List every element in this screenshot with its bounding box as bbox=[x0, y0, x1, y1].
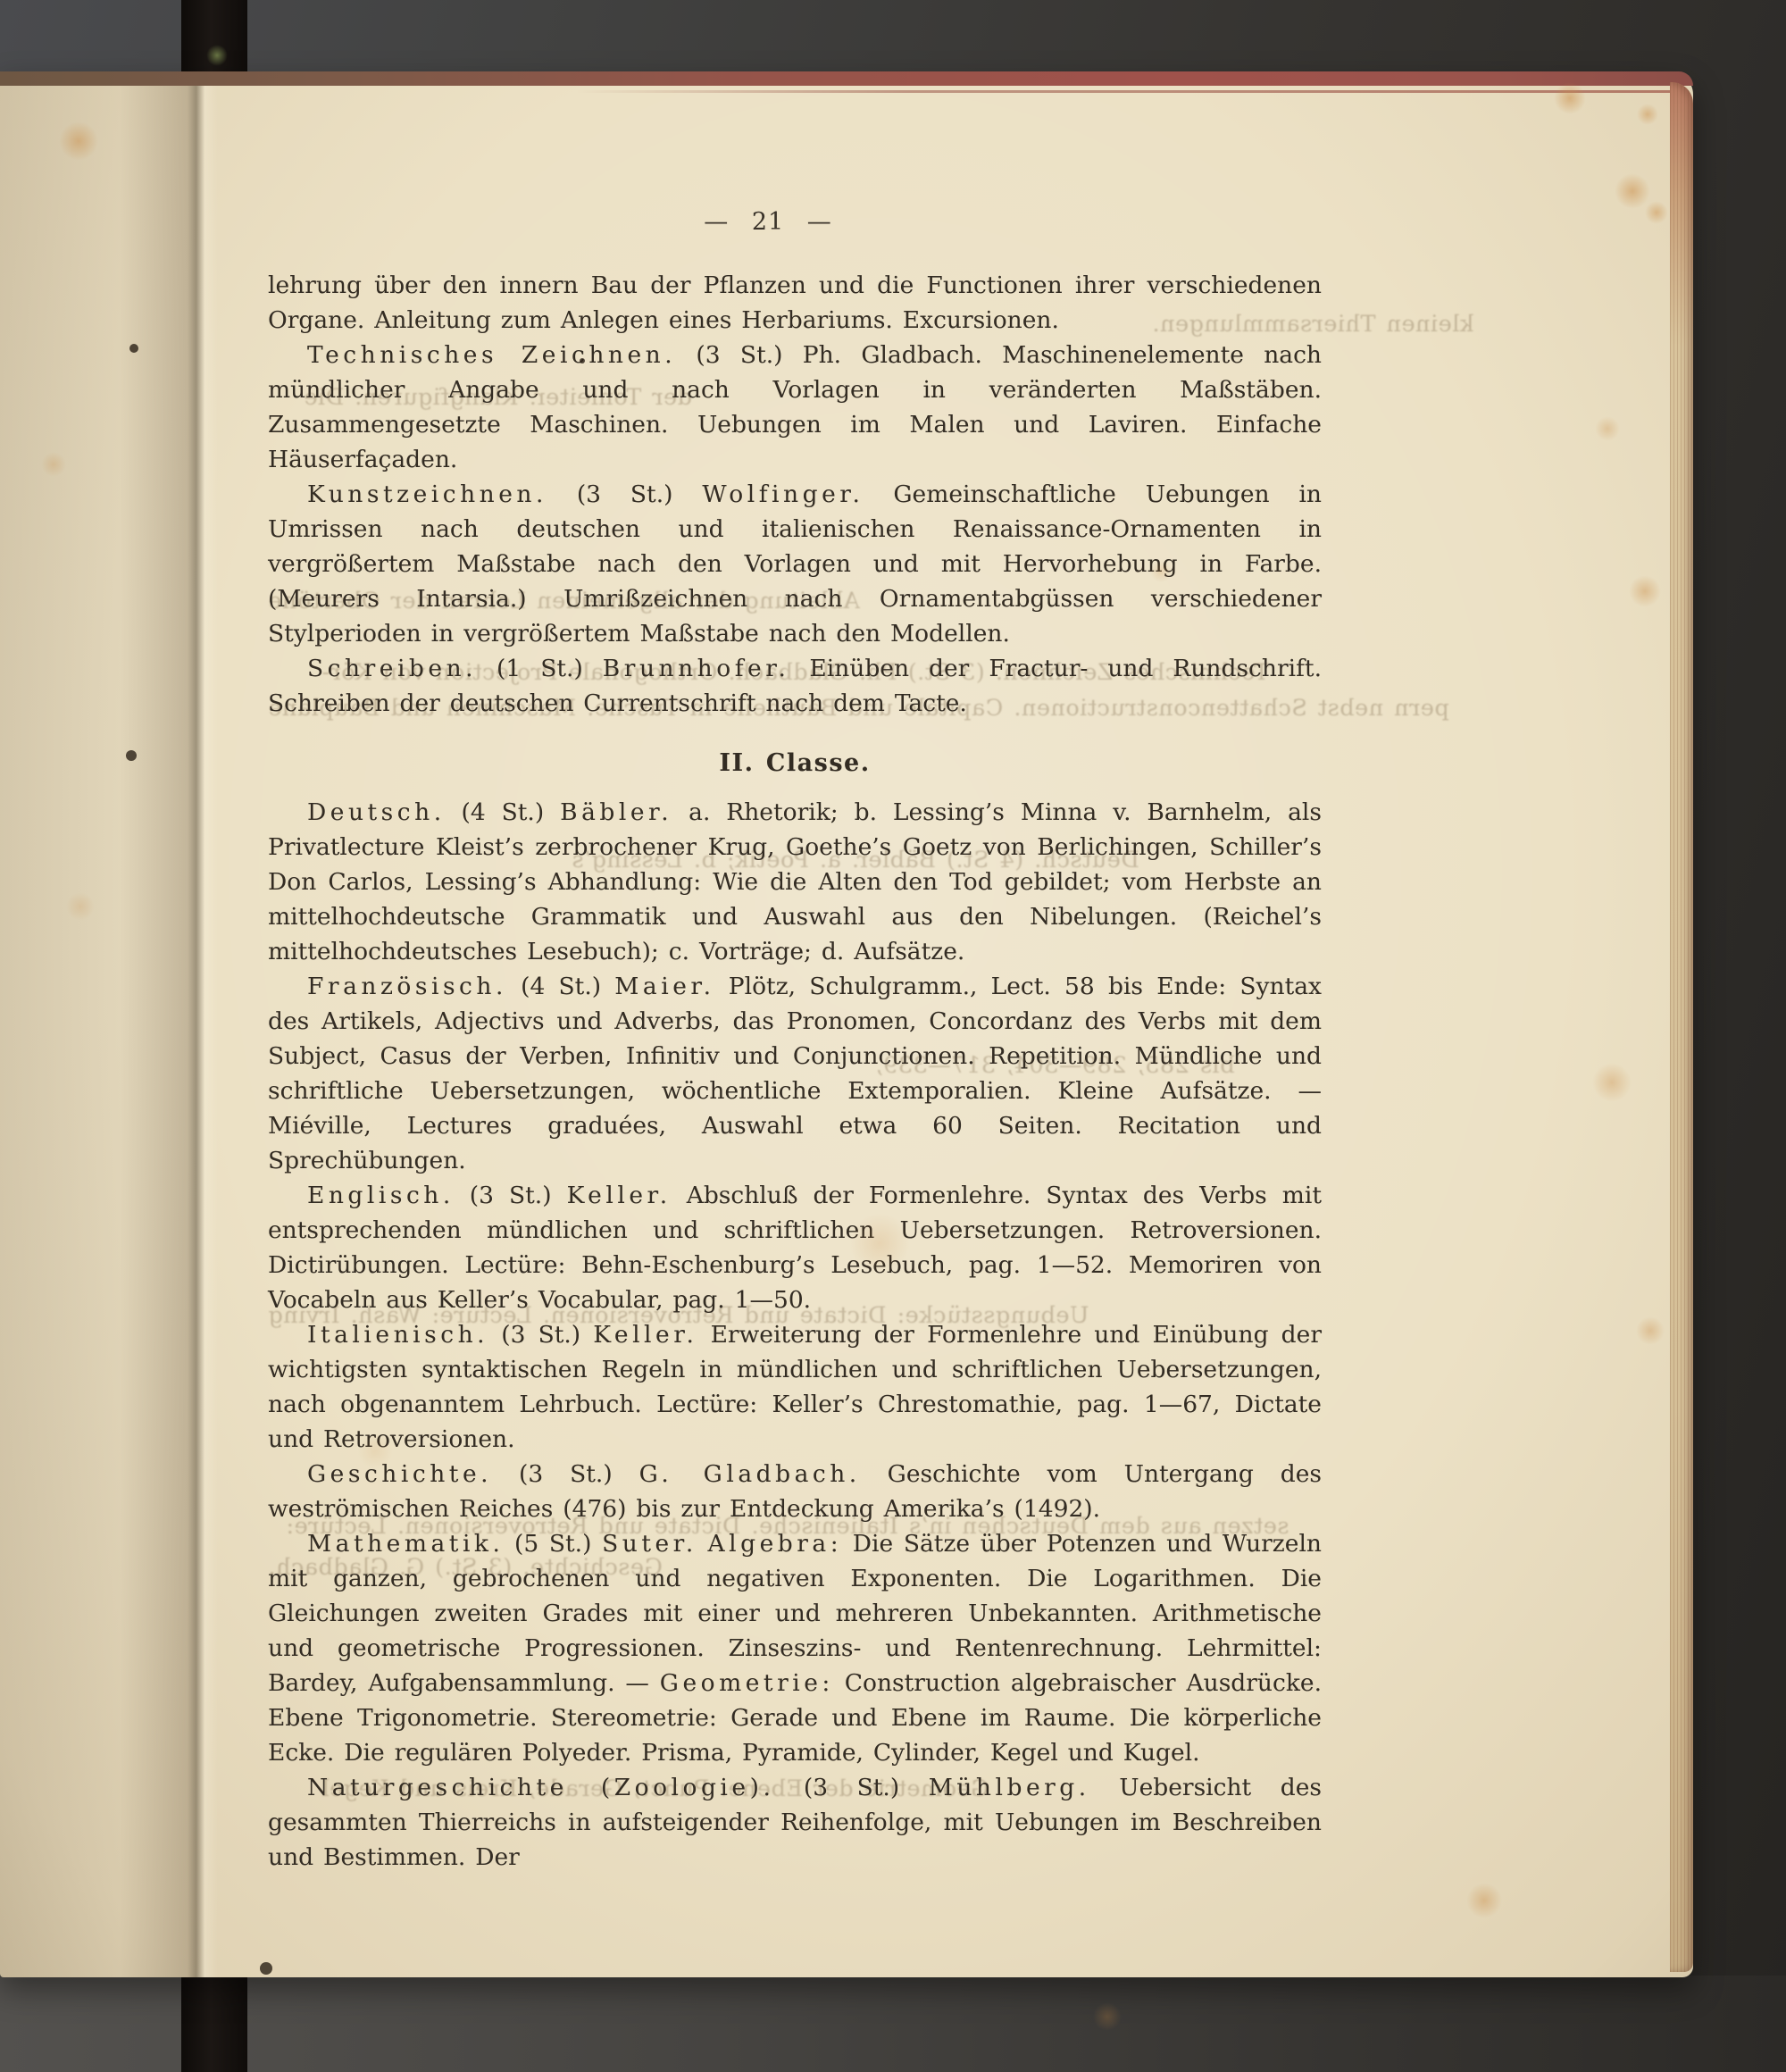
body-text: (3 St.) bbox=[774, 1774, 928, 1801]
spaced-emphasis-text: Englisch. bbox=[307, 1182, 455, 1209]
paragraph: Schreiben. (1 St.) Brunnhofer. Einüben d… bbox=[268, 651, 1322, 721]
spaced-emphasis-text: Kunstzeichnen. bbox=[307, 480, 547, 508]
spaced-emphasis-text: Deutsch. bbox=[307, 798, 446, 826]
body-text bbox=[697, 1530, 708, 1558]
body-text: (5 St.) bbox=[504, 1530, 602, 1558]
book-page: kleinen Thiersammlungen.der Tonleiter. K… bbox=[0, 71, 1693, 1977]
foxing-spot bbox=[41, 452, 66, 477]
foxing-spot bbox=[1554, 82, 1586, 114]
spaced-emphasis-text: Geschichte. bbox=[307, 1460, 492, 1488]
paragraph: Technisches Zeichnen. (3 St.) Ph. Gladba… bbox=[268, 338, 1322, 477]
body-text: (3 St.) bbox=[488, 1321, 593, 1349]
ink-speck bbox=[260, 1962, 272, 1975]
section-heading: II. Classe. bbox=[268, 746, 1322, 781]
spaced-emphasis-text: Bäbler. bbox=[560, 798, 672, 826]
spaced-emphasis-text: Wolfinger. bbox=[702, 480, 864, 508]
gutter-crease bbox=[0, 71, 218, 1977]
body-text: (4 St.) bbox=[507, 973, 614, 1000]
spaced-emphasis-text: Keller. bbox=[567, 1182, 672, 1209]
body-text: (3 St.) bbox=[492, 1460, 639, 1488]
ink-speck bbox=[129, 344, 138, 353]
paragraph: lehrung über den innern Bau der Pflanzen… bbox=[268, 268, 1322, 338]
page-stack-edges bbox=[1670, 82, 1693, 1972]
shadow-below-page bbox=[0, 1976, 1786, 2072]
foxing-spot bbox=[1466, 1883, 1502, 1918]
paragraph: Englisch. (3 St.) Keller. Abschluß der F… bbox=[268, 1178, 1322, 1317]
body-text: Plötz, Schulgramm., Lect. 58 bis Ende: S… bbox=[268, 973, 1322, 1174]
page-content: — 21 — lehrung über den innern Bau der P… bbox=[268, 207, 1322, 1875]
foxing-spot bbox=[1645, 201, 1668, 224]
spaced-emphasis-text: Suter. bbox=[602, 1530, 697, 1558]
spaced-emphasis-text: Italienisch. bbox=[307, 1321, 488, 1349]
foxing-spot bbox=[59, 121, 98, 161]
spaced-emphasis-text: Keller. bbox=[593, 1321, 697, 1349]
spaced-emphasis-text: Maier. bbox=[614, 973, 714, 1000]
body-text: (4 St.) bbox=[446, 798, 560, 826]
paragraph: Deutsch. (4 St.) Bäbler. a. Rhetorik; b.… bbox=[268, 795, 1322, 969]
foxing-spot bbox=[1629, 575, 1661, 607]
paragraph: Italienisch. (3 St.) Keller. Erweiterung… bbox=[268, 1317, 1322, 1457]
photo-background: kleinen Thiersammlungen.der Tonleiter. K… bbox=[0, 0, 1786, 2072]
spaced-emphasis-text: Mathematik. bbox=[307, 1530, 504, 1558]
body-text: lehrung über den innern Bau der Pflanzen… bbox=[268, 272, 1322, 334]
foxing-spot bbox=[1592, 1063, 1632, 1102]
foxing-spot bbox=[1637, 104, 1658, 125]
foxing-spot bbox=[1636, 1316, 1665, 1345]
paragraph: Geschichte. (3 St.) G. Gladbach. Geschic… bbox=[268, 1457, 1322, 1526]
body-text: (3 St.) bbox=[547, 480, 702, 508]
foxing-spot bbox=[1595, 416, 1620, 441]
page-number: — 21 — bbox=[268, 207, 1268, 238]
spaced-emphasis-text: Mühlberg. bbox=[929, 1774, 1090, 1801]
spaced-emphasis-text: Französisch. bbox=[307, 973, 507, 1000]
paragraph: Kunstzeichnen. (3 St.) Wolfinger. Gemein… bbox=[268, 477, 1322, 651]
spaced-emphasis-text: G. Gladbach. bbox=[639, 1460, 861, 1488]
page-top-edge bbox=[0, 71, 1693, 86]
paragraph: Französisch. (4 St.) Maier. Plötz, Schul… bbox=[268, 969, 1322, 1178]
spaced-emphasis-text: Brunnhofer. bbox=[603, 655, 790, 682]
foxing-spot bbox=[66, 892, 95, 921]
paragraph: Mathematik. (5 St.) Suter. Algebra: Die … bbox=[268, 1526, 1322, 1770]
spaced-emphasis-text: Schreiben. bbox=[307, 655, 477, 682]
body-text: (3 St.) bbox=[455, 1182, 567, 1209]
paragraph: Naturgeschichte (Zoologie). (3 St.) Mühl… bbox=[268, 1770, 1322, 1875]
spaced-emphasis-text: Naturgeschichte (Zoologie). bbox=[307, 1774, 774, 1801]
spaced-emphasis-text: Technisches Zeichnen. bbox=[307, 341, 676, 369]
foxing-spot bbox=[1615, 173, 1650, 209]
spaced-emphasis-text: Geometrie: bbox=[660, 1669, 834, 1697]
spaced-emphasis-text: Algebra: bbox=[708, 1530, 843, 1558]
body-text: (1 St.) bbox=[477, 655, 603, 682]
ink-speck bbox=[126, 750, 137, 761]
text-block: lehrung über den innern Bau der Pflanzen… bbox=[268, 268, 1322, 1875]
